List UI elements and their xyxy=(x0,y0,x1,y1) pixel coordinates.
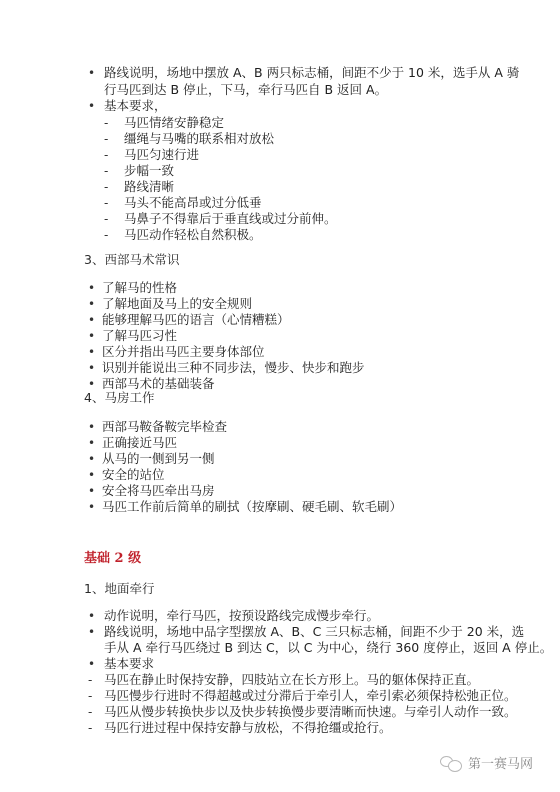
requirement-item: 路线清晰 xyxy=(124,179,174,195)
dash-marker: - xyxy=(104,131,108,147)
bullet-marker: • xyxy=(88,499,95,515)
bullet-marker: • xyxy=(88,419,95,435)
bullet-marker: • xyxy=(88,467,95,483)
section-3-title: 3、西部马术常识 xyxy=(84,252,179,268)
dash-marker: - xyxy=(104,211,108,227)
dash-marker: - xyxy=(104,179,108,195)
bullet-marker: • xyxy=(88,344,95,360)
dash-marker: - xyxy=(88,688,92,704)
requirement-item: 马鼻子不得靠后于垂直线或过分前伸。 xyxy=(124,211,337,227)
dash-marker: - xyxy=(88,672,92,688)
action-description: 动作说明，牵行马匹，按预设路线完成慢步牵行。 xyxy=(104,608,379,624)
bullet-marker: • xyxy=(88,624,95,640)
requirement-item: 马匹动作轻松自然积极。 xyxy=(124,227,262,243)
requirement-item: 步幅一致 xyxy=(124,163,174,179)
dash-marker: - xyxy=(104,115,108,131)
dash-marker: - xyxy=(104,147,108,163)
bullet-marker: • xyxy=(88,483,95,499)
list-item: 了解马匹习性 xyxy=(102,328,177,344)
bullet-marker: • xyxy=(88,296,95,312)
ground-leading-title: 1、地面牵行 xyxy=(84,581,154,597)
list-item: 了解地面及马上的安全规则 xyxy=(102,296,252,312)
list-item: 识别并能说出三种不同步法，慢步、快步和跑步 xyxy=(102,360,365,376)
list-item: 从马的一侧到另一侧 xyxy=(102,451,215,467)
list-item: 安全的站位 xyxy=(102,467,165,483)
dash-marker: - xyxy=(104,163,108,179)
requirement-item: 马匹情绪安静稳定 xyxy=(124,115,224,131)
list-item: 区分并指出马匹主要身体部位 xyxy=(102,344,265,360)
list-item: 能够理解马匹的语言（心情糟糕） xyxy=(102,312,290,328)
requirement-item: 缰绳与马嘴的联系相对放松 xyxy=(124,131,274,147)
watermark: 第一赛马网 xyxy=(440,753,533,772)
bullet-marker: • xyxy=(88,65,95,81)
bullet-marker: • xyxy=(88,435,95,451)
requirement-item: 马匹行进过程中保持安静与放松，不得抢缰或抢行。 xyxy=(104,720,392,736)
bullet-marker: • xyxy=(88,360,95,376)
bullet-marker: • xyxy=(88,656,95,672)
bullet-marker: • xyxy=(88,328,95,344)
list-item: 马匹工作前后简单的刷拭（按摩刷、硬毛刷、软毛刷） xyxy=(102,499,402,515)
route-description-line-1: 路线说明，场地中摆放 A、B 两只标志桶，间距不少于 10 米，选手从 A 骑 xyxy=(104,65,519,81)
requirement-item: 马匹匀速行进 xyxy=(124,147,199,163)
bullet-marker: • xyxy=(88,312,95,328)
basic-requirements-label: 基本要求， xyxy=(104,98,167,114)
section-4-title: 4、马房工作 xyxy=(84,390,154,406)
wechat-icon xyxy=(440,755,462,771)
watermark-text: 第一赛马网 xyxy=(468,753,533,772)
requirement-item: 马匹慢步行进时不得超越或过分滞后于牵引人，牵引索必须保持松弛正位。 xyxy=(104,688,517,704)
requirement-item: 马匹从慢步转换快步以及快步转换慢步要清晰而快速。与牵引人动作一致。 xyxy=(104,704,517,720)
dash-marker: - xyxy=(88,720,92,736)
dash-marker: - xyxy=(104,195,108,211)
list-item: 了解马的性格 xyxy=(102,280,177,296)
list-item: 安全将马匹牵出马房 xyxy=(102,483,215,499)
bullet-marker: • xyxy=(88,280,95,296)
bullet-marker: • xyxy=(88,608,95,624)
document-page: • 路线说明，场地中摆放 A、B 两只标志桶，间距不少于 10 米，选手从 A … xyxy=(0,0,560,792)
dash-marker: - xyxy=(104,227,108,243)
route-description-line-2: 行马匹到达 B 停止，下马，牵行马匹自 B 返回 A。 xyxy=(104,82,387,98)
requirement-item: 马头不能高昂或过分低垂 xyxy=(124,195,262,211)
requirement-item: 马匹在静止时保持安静，四肢站立在长方形上。马的躯体保持正直。 xyxy=(104,672,479,688)
bullet-marker: • xyxy=(88,98,95,114)
list-item: 西部马鞍备鞍完毕检查 xyxy=(102,419,227,435)
route-description-line-1: 路线说明，场地中品字型摆放 A、B、C 三只标志桶，间距不少于 20 米，选 xyxy=(104,624,524,640)
basic-requirements-label: 基本要求 xyxy=(104,656,154,672)
bullet-marker: • xyxy=(88,451,95,467)
level-2-title: 基础 2 级 xyxy=(84,551,141,567)
list-item: 正确接近马匹 xyxy=(102,435,177,451)
dash-marker: - xyxy=(88,704,92,720)
route-description-line-2: 手从 A 牵行马匹绕过 B 到达 C，以 C 为中心，绕行 360 度停止，返回… xyxy=(104,640,552,656)
